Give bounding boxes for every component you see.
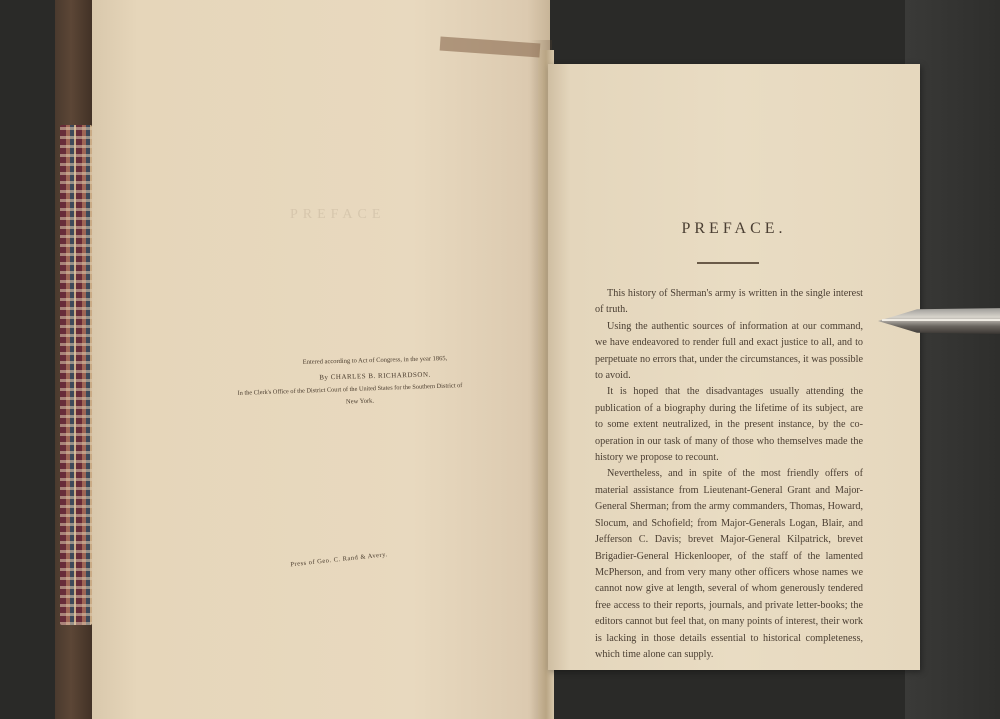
paragraph: Nevertheless, and in spite of the most f… bbox=[595, 466, 863, 663]
preface-body: This history of Sherman's army is writte… bbox=[595, 286, 863, 663]
marbled-endpaper bbox=[60, 125, 92, 625]
page-title: PREFACE. bbox=[548, 220, 920, 238]
paragraph: It is hoped that the disadvantages usual… bbox=[595, 384, 863, 466]
show-through-title: PREFACE bbox=[290, 207, 385, 223]
title-rule bbox=[697, 262, 759, 264]
letter-opener-highlight bbox=[882, 319, 1000, 321]
paragraph: Using the authentic sources of informati… bbox=[595, 319, 863, 385]
paragraph: This history of Sherman's army is writte… bbox=[595, 286, 863, 319]
